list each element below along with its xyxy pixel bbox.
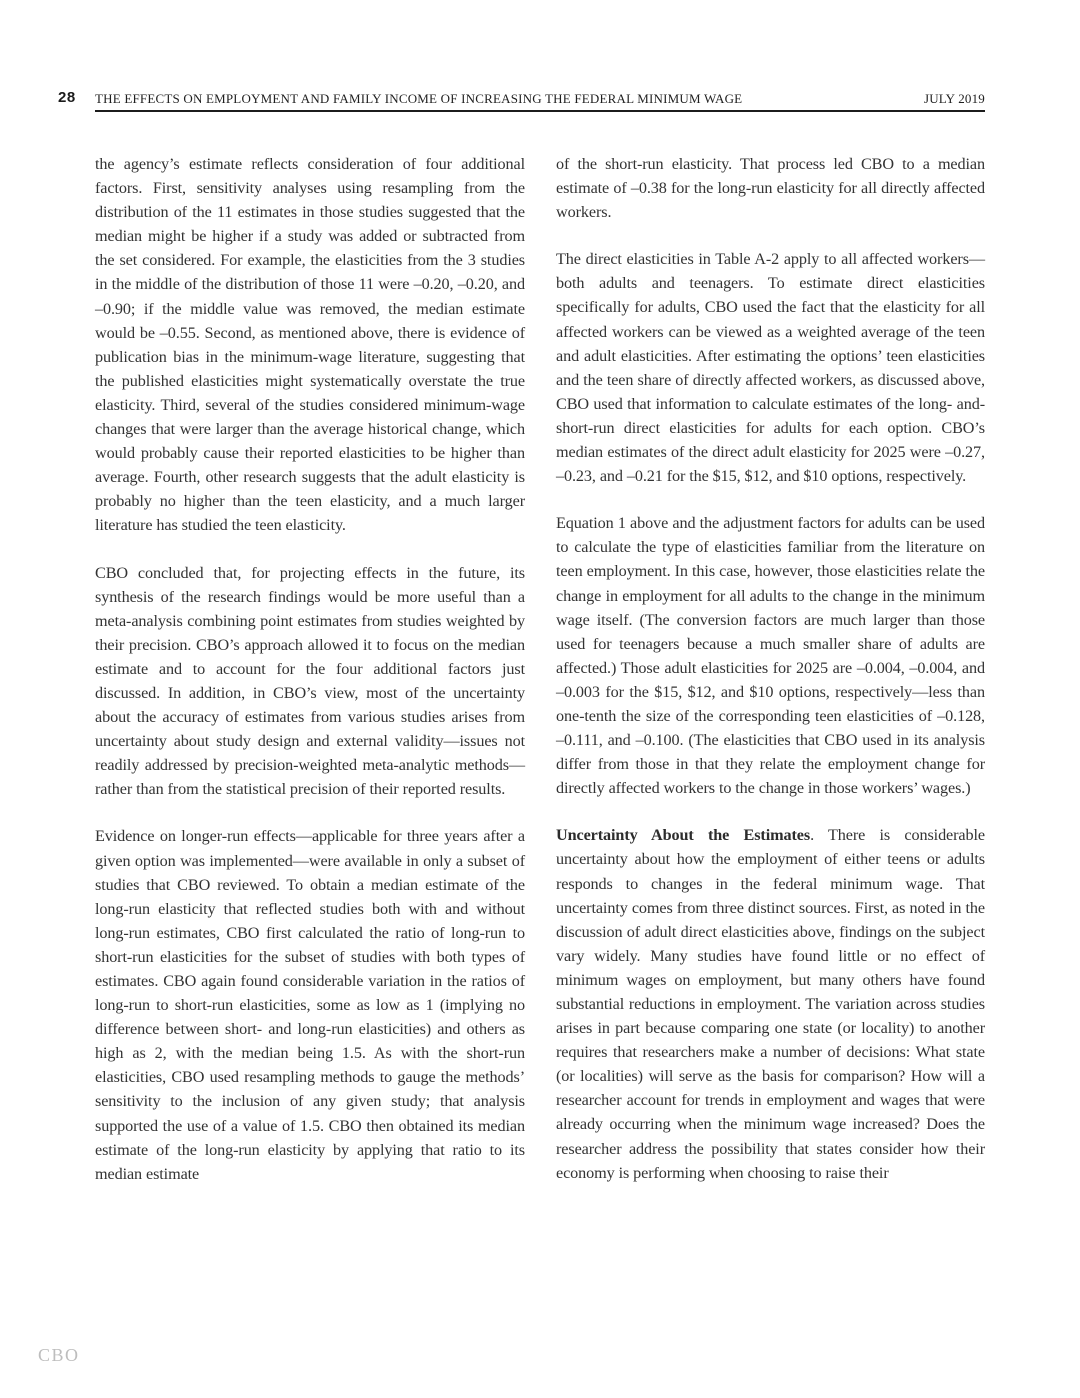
page-number: 28 — [58, 89, 76, 106]
body-paragraph: The direct elasticities in Table A-2 app… — [556, 247, 985, 488]
body-paragraph: Equation 1 above and the adjustment fact… — [556, 511, 985, 800]
body-paragraph: of the short-run elasticity. That proces… — [556, 152, 985, 224]
header-divider — [95, 110, 985, 112]
body-paragraph: CBO concluded that, for projecting effec… — [95, 561, 525, 802]
publication-date: JULY 2019 — [924, 91, 985, 107]
run-in-heading: Uncertainty About the Estimates — [556, 826, 810, 844]
body-paragraph: the agency’s estimate reflects considera… — [95, 152, 525, 538]
cbo-logo: CBO — [38, 1345, 80, 1366]
body-paragraph: Evidence on longer-run effects—applicabl… — [95, 824, 525, 1185]
column-right: of the short-run elasticity. That proces… — [556, 152, 985, 1208]
body-paragraph: Uncertainty About the Estimates. There i… — [556, 823, 985, 1184]
document-title: THE EFFECTS ON EMPLOYMENT AND FAMILY INC… — [95, 91, 742, 107]
column-left: the agency’s estimate reflects considera… — [95, 152, 525, 1209]
